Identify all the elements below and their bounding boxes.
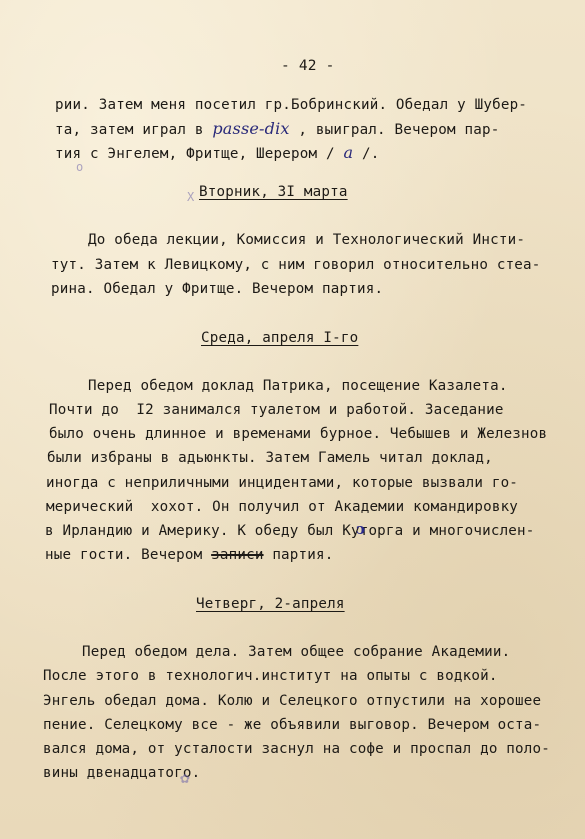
entry-line: Почти до I2 занимался туалетом и работой… bbox=[49, 401, 504, 419]
entry-line: иногда с неприличными инцидентами, котор… bbox=[46, 474, 518, 492]
struck-out-word: записи bbox=[211, 547, 263, 563]
continuation-line-3: тия с Энгелем, Фритще, Шерером / а /. bbox=[55, 144, 379, 163]
text-fragment: ные гости. Вечером bbox=[45, 547, 202, 563]
faint-stamp-mark: ✿ bbox=[180, 768, 190, 787]
entry-line: ные гости. Вечером записи партия. bbox=[45, 546, 334, 564]
entry-line: После этого в технологич.институт на опы… bbox=[43, 667, 498, 685]
text-fragment: партия. bbox=[272, 547, 333, 563]
ink-correction-mark: ↄ bbox=[356, 520, 365, 538]
text-fragment: /. bbox=[362, 146, 379, 162]
document-page: - 42 - рии. Затем меня посетил гр.Бобрин… bbox=[0, 0, 585, 839]
entry-line: тут. Затем к Левицкому, с ним говорил от… bbox=[51, 256, 541, 274]
page-number: - 42 - bbox=[281, 57, 335, 75]
entry-line: До обеда лекции, Комиссия и Технологичес… bbox=[88, 231, 525, 249]
entry-line: мерический хохот. Он получил от Академии… bbox=[46, 498, 518, 516]
entry-line: вался дома, от усталости заснул на софе … bbox=[43, 740, 550, 758]
entry-line: вины двенадцатого. bbox=[43, 764, 200, 782]
handwritten-letter: а bbox=[343, 143, 353, 162]
entry-line: Перед обедом доклад Патрика, посещение К… bbox=[88, 377, 508, 395]
handwritten-insert: passe-dix bbox=[212, 119, 289, 138]
entry-line: были избраны в адьюнкты. Затем Гамель чи… bbox=[47, 449, 493, 467]
entry-line: было очень длинное и временами бурное. Ч… bbox=[49, 425, 547, 443]
text-fragment: та, затем играл в bbox=[55, 122, 204, 138]
text-fragment: , выиграл. Вечером пар- bbox=[298, 122, 499, 138]
text-fragment: тия с Энгелем, Фритще, Шерером / bbox=[55, 146, 335, 162]
faint-mark: X bbox=[187, 190, 194, 204]
entry-line: Перед обедом дела. Затем общее собрание … bbox=[82, 643, 510, 661]
entry-line: пение. Селецкому все - же объявили выгов… bbox=[43, 716, 541, 734]
entry-line: в Ирландию и Америку. К обеду был Куторг… bbox=[45, 522, 535, 540]
entry-heading-tuesday: Вторник, 3I марта bbox=[199, 183, 348, 201]
faint-mark: o bbox=[76, 160, 83, 174]
entry-heading-thursday: Четверг, 2-апреля bbox=[196, 595, 345, 613]
entry-line: рина. Обедал у Фритще. Вечером партия. bbox=[51, 280, 383, 298]
entry-heading-wednesday: Среда, апреля I-го bbox=[201, 329, 358, 347]
entry-line: Энгель обедал дома. Колю и Селецкого отп… bbox=[43, 692, 541, 710]
continuation-line-2: та, затем играл в passe-dix , выиграл. В… bbox=[55, 120, 499, 139]
continuation-line-1: рии. Затем меня посетил гр.Бобринский. О… bbox=[55, 96, 527, 114]
